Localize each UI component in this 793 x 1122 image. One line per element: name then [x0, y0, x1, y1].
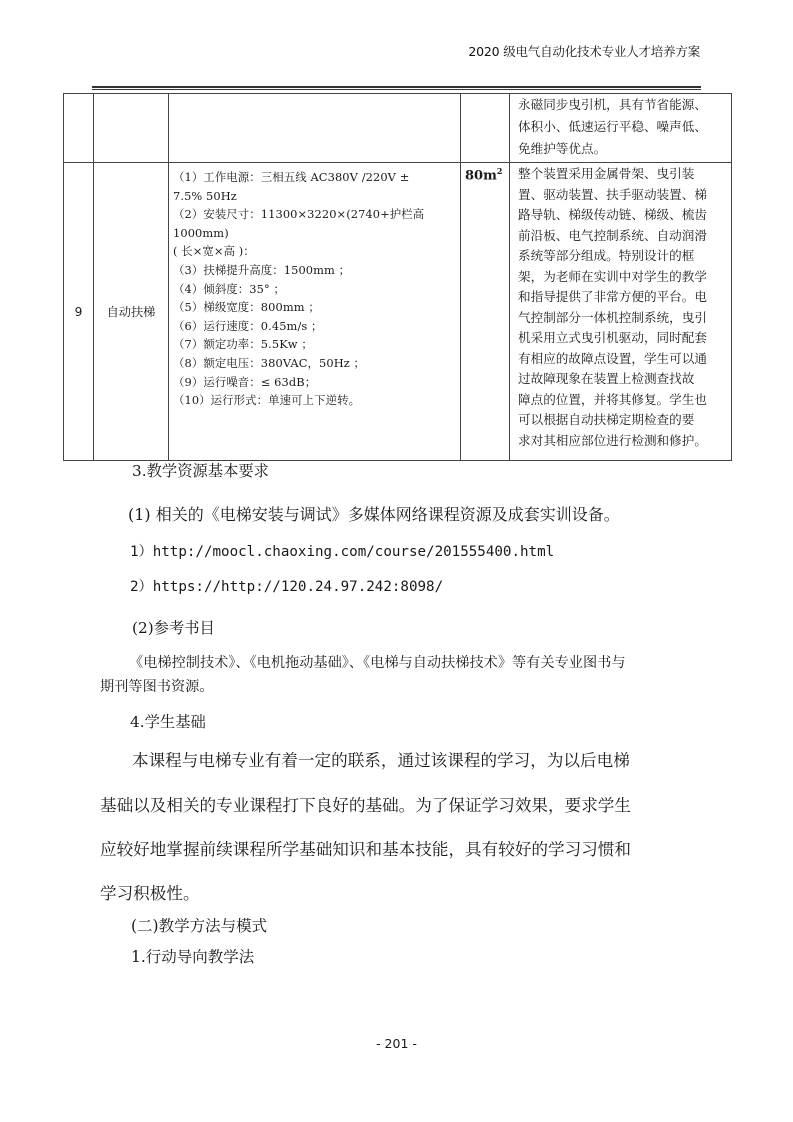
description-line: 免维护等优点。	[518, 138, 726, 160]
spec-line: （3）扶梯提升高度：1500mm ；	[173, 261, 456, 280]
cell-name: 自动扶梯	[94, 163, 169, 461]
description-line: 系统等部分组成。特别设计的框	[518, 246, 726, 267]
cell-area: 80m2	[461, 163, 510, 461]
cell-description: 整个装置采用金属骨架、曳引装 置、驱动装置、扶手驱动装置、梯 路导轨、梯级传动链…	[510, 163, 732, 461]
description-line: 障点的位置，并将其修复。学生也	[518, 390, 726, 411]
spec-line: ( 长×宽×高 )：	[173, 242, 456, 261]
reference-books-line-1: 《电梯控制技术》、《电机拖动基础》、《电梯与自动扶梯技术》等有关专业图书与	[129, 652, 626, 672]
description-line: 机采用立式曳引机驱动，同时配套	[518, 328, 726, 349]
spec-line: （6）运行速度：0.45m/s ；	[173, 317, 456, 336]
reference-books-line-2: 期刊等图书资源。	[100, 676, 214, 696]
description-line: 气控制部分一体机控制系统，曳引	[518, 308, 726, 329]
section-heading-teaching-resources: 3.教学资源基本要求	[132, 459, 269, 481]
spec-line: （9）运行噪音：≤ 63dB；	[173, 373, 456, 392]
spec-line: （4）倾斜度：35° ；	[173, 280, 456, 299]
student-basis-line-1: 本课程与电梯专业有着一定的联系，通过该课程的学习，为以后电梯	[132, 747, 630, 771]
section-heading-student-basis: 4.学生基础	[130, 710, 206, 732]
cell-spec: （1）工作电源：三相五线 AC380V /220V ± 7.5% 50Hz （2…	[169, 163, 461, 461]
student-basis-line-2: 基础以及相关的专业课程打下良好的基础。为了保证学习效果，要求学生	[100, 792, 631, 816]
cell-number	[64, 94, 94, 163]
description-line: 置、驱动装置、扶手驱动装置、梯	[518, 185, 726, 206]
student-basis-line-4: 学习积极性。	[100, 880, 200, 904]
spec-line: （10）运行形式：单速可上下逆转。	[173, 391, 456, 410]
description-line: 可以根据自动扶梯定期检查的要	[518, 410, 726, 431]
cell-spec	[169, 94, 461, 163]
method-item-1: 1.行动导向教学法	[131, 945, 254, 967]
spec-line: （5）梯级宽度：800mm ；	[173, 298, 456, 317]
area-value: 80m	[465, 168, 497, 183]
cell-name	[94, 94, 169, 163]
table-row-continued: 永磁同步曳引机，具有节省能源、 体积小、低速运行平稳、噪声低、 免维护等优点。	[64, 94, 732, 163]
description-line: 有相应的故障点设置，学生可以通	[518, 349, 726, 370]
description-line: 架，为老师在实训中对学生的教学	[518, 267, 726, 288]
equipment-table: 永磁同步曳引机，具有节省能源、 体积小、低速运行平稳、噪声低、 免维护等优点。 …	[63, 93, 732, 461]
header-rule	[92, 86, 701, 90]
spec-line: （2）安装尺寸：11300×3220×(2740+护栏高	[173, 205, 456, 224]
spec-line: （8）额定电压：380VAC，50Hz ；	[173, 354, 456, 373]
description-line: 前沿板、电气控制系统、自动润滑	[518, 226, 726, 247]
cell-area	[461, 94, 510, 163]
spec-line: 1000mm)	[173, 224, 456, 243]
table-row: 9 自动扶梯 （1）工作电源：三相五线 AC380V /220V ± 7.5% …	[64, 163, 732, 461]
page-number: - 201 -	[0, 1036, 793, 1051]
description-line: 路导轨、梯级传动链、梯级、梳齿	[518, 205, 726, 226]
description-line: 体积小、低速运行平稳、噪声低、	[518, 116, 726, 138]
cell-number: 9	[64, 163, 94, 461]
description-line: 过故障现象在装置上检测查找故	[518, 369, 726, 390]
student-basis-line-3: 应较好地掌握前续课程所学基础知识和基本技能，具有较好的学习习惯和	[100, 836, 631, 860]
description-line: 求对其相应部位进行检测和修护。	[518, 431, 726, 452]
resource-item-1: (1) 相关的《电梯安装与调试》多媒体网络课程资源及成套实训设备。	[128, 502, 620, 525]
section-heading-teaching-methods: (二)教学方法与模式	[131, 914, 267, 936]
area-unit-superscript: 2	[497, 166, 503, 176]
resource-item-2-reference-books: (2)参考书目	[132, 616, 215, 638]
description-line: 整个装置采用金属骨架、曳引装	[518, 164, 726, 185]
spec-line: 7.5% 50Hz	[173, 187, 456, 206]
resource-link-2[interactable]: 2）https://http://120.24.97.242:8098/	[130, 576, 443, 596]
spec-line: （1）工作电源：三相五线 AC380V /220V ±	[173, 168, 456, 187]
resource-link-1[interactable]: 1）http://moocl.chaoxing.com/course/20155…	[130, 541, 554, 561]
cell-description: 永磁同步曳引机，具有节省能源、 体积小、低速运行平稳、噪声低、 免维护等优点。	[510, 94, 732, 163]
page-header-title: 2020 级电气自动化技术专业人才培养方案	[420, 42, 700, 60]
description-line: 永磁同步曳引机，具有节省能源、	[518, 94, 726, 116]
spec-line: （7）额定功率：5.5Kw ；	[173, 335, 456, 354]
description-line: 和指导提供了非常方便的平台。电	[518, 287, 726, 308]
